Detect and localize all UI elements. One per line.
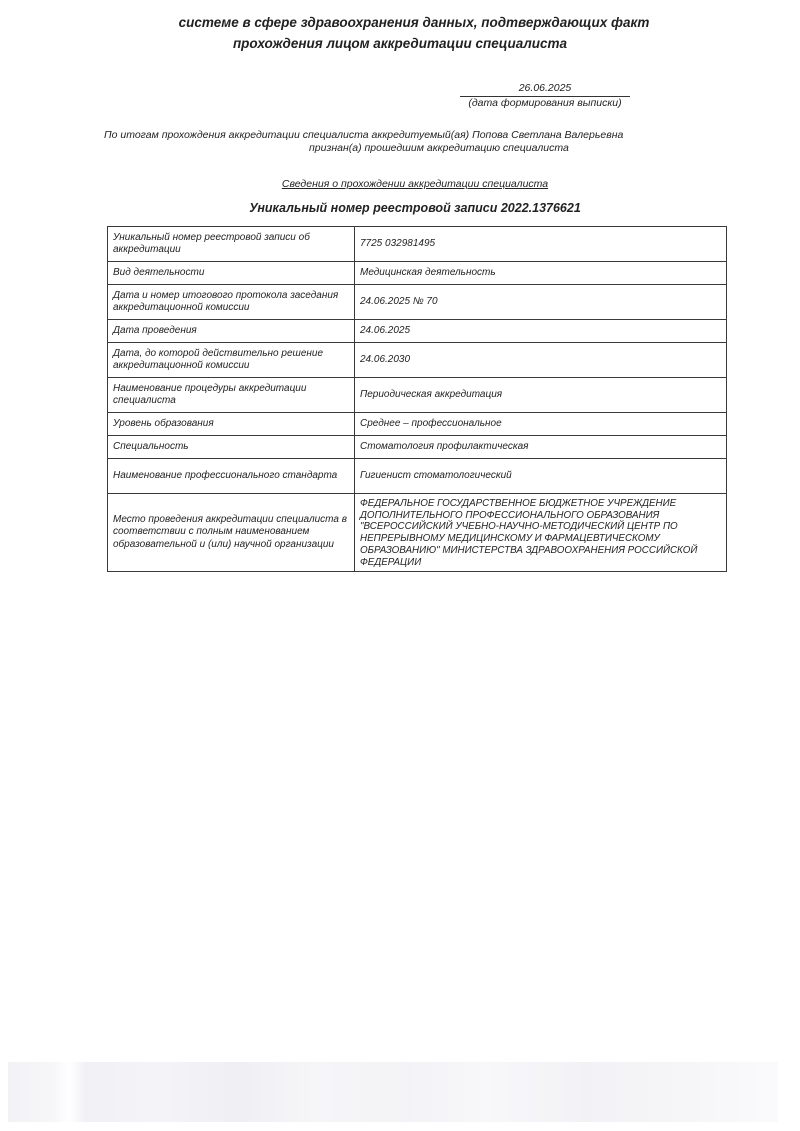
document-title-line2: прохождения лицом аккредитации специалис… [0,33,800,54]
document-title-line1: системе в сфере здравоохранения данных, … [0,12,800,33]
extract-date-value: 26.06.2025 [460,82,630,97]
accreditation-result: По итогам прохождения аккредитации специ… [104,129,744,155]
row-label: Дата проведения [108,320,355,343]
row-value: 24.06.2025 № 70 [355,285,727,320]
extract-date-block: 26.06.2025 (дата формирования выписки) [460,82,630,110]
row-value: Стоматология профилактическая [355,436,727,459]
table-row: Дата проведения 24.06.2025 [108,320,727,343]
table-row: Специальность Стоматология профилактичес… [108,436,727,459]
table-row: Дата, до которой действительно решение а… [108,343,727,378]
accreditation-result-line2: признан(а) прошедшим аккредитацию специа… [104,142,744,155]
table-row: Уникальный номер реестровой записи об ак… [108,227,727,262]
row-value: 7725 032981495 [355,227,727,262]
table-row: Уровень образования Среднее – профессион… [108,413,727,436]
table-row: Наименование профессионального стандарта… [108,459,727,494]
row-label: Дата, до которой действительно решение а… [108,343,355,378]
table-row: Дата и номер итогового протокола заседан… [108,285,727,320]
row-label: Уникальный номер реестровой записи об ак… [108,227,355,262]
row-value: Периодическая аккредитация [355,378,727,413]
row-label: Дата и номер итогового протокола заседан… [108,285,355,320]
accreditation-info-table: Уникальный номер реестровой записи об ак… [107,226,727,572]
section-title: Сведения о прохождении аккредитации спец… [0,178,800,190]
row-value: 24.06.2030 [355,343,727,378]
table-row: Вид деятельности Медицинская деятельност… [108,262,727,285]
table-row: Место проведения аккредитации специалист… [108,494,727,572]
row-label: Наименование профессионального стандарта [108,459,355,494]
accreditation-result-line1: По итогам прохождения аккредитации специ… [104,129,744,142]
row-label: Наименование процедуры аккредитации спец… [108,378,355,413]
row-value: Среднее – профессиональное [355,413,727,436]
scan-artifact-band [8,1062,778,1122]
registry-number-title: Уникальный номер реестровой записи 2022.… [0,201,800,215]
row-label: Специальность [108,436,355,459]
extract-date-caption: (дата формирования выписки) [460,97,630,110]
table-row: Наименование процедуры аккредитации спец… [108,378,727,413]
row-value: 24.06.2025 [355,320,727,343]
row-value: ФЕДЕРАЛЬНОЕ ГОСУДАРСТВЕННОЕ БЮДЖЕТНОЕ УЧ… [355,494,727,572]
row-label: Вид деятельности [108,262,355,285]
row-label: Уровень образования [108,413,355,436]
document-title: системе в сфере здравоохранения данных, … [0,12,800,54]
row-value: Гигиенист стоматологический [355,459,727,494]
row-value: Медицинская деятельность [355,262,727,285]
row-label: Место проведения аккредитации специалист… [108,494,355,572]
